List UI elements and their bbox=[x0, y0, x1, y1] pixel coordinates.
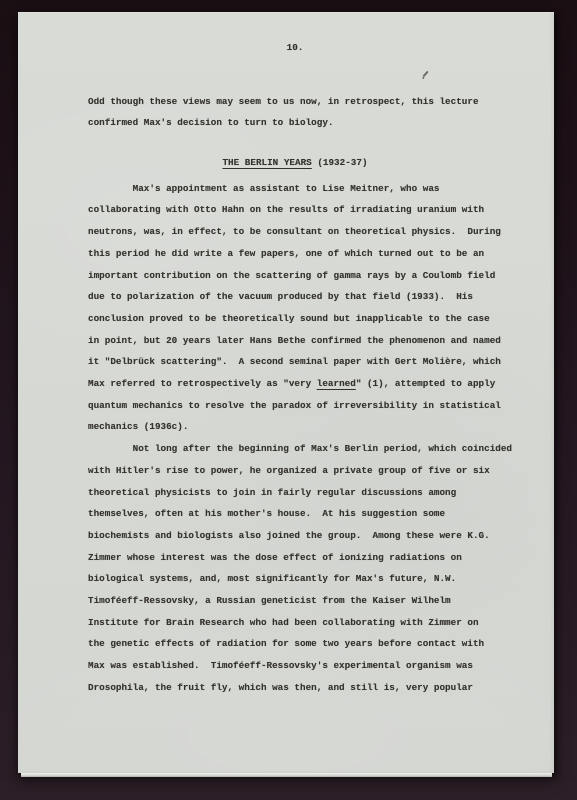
paragraph: Odd though these views may seem to us no… bbox=[88, 91, 502, 134]
page-number: 10. bbox=[88, 37, 502, 59]
text-line: biological systems, and, most significan… bbox=[88, 568, 502, 590]
document-page: 10. Odd though these views may seem to u… bbox=[18, 12, 554, 773]
text-segment: Institute for Brain Research who had bee… bbox=[88, 617, 479, 628]
text-line: collaborating with Otto Hahn on the resu… bbox=[88, 199, 502, 221]
text-line: due to polarization of the vacuum produc… bbox=[88, 286, 502, 308]
text-line: quantum mechanics to resolve the paradox… bbox=[88, 395, 502, 417]
text-line: biochemists and biologists also joined t… bbox=[88, 525, 502, 547]
text-segment: with Hitler's rise to power, he organize… bbox=[88, 465, 490, 476]
text-line: THE BERLIN YEARS (1932-37) bbox=[88, 152, 502, 174]
text-segment: the genetic effects of radiation for som… bbox=[88, 638, 484, 649]
text-segment: confirmed Max's decision to turn to biol… bbox=[88, 117, 333, 128]
text-line: conclusion proved to be theoretically so… bbox=[88, 308, 502, 330]
scan-background: { "colors": { "background_top": "#1a0f13… bbox=[0, 0, 577, 800]
text-segment: Timoféeff-Ressovsky, a Russian geneticis… bbox=[88, 595, 451, 606]
text-line: themselves, often at his mother's house.… bbox=[88, 503, 502, 525]
text-line: it "Delbrück scattering". A second semin… bbox=[88, 351, 502, 373]
text-segment: in point, but 20 years later Hans Bethe … bbox=[88, 335, 501, 346]
text-line: with Hitler's rise to power, he organize… bbox=[88, 460, 502, 482]
text-segment: biological systems, and, most significan… bbox=[88, 573, 456, 584]
text-line: mechanics (1936c). bbox=[88, 416, 502, 438]
text-line: theoretical physicists to join in fairly… bbox=[88, 482, 502, 504]
text-line: neutrons, was, in effect, to be consulta… bbox=[88, 221, 502, 243]
text-segment: " (1), attempted to apply bbox=[356, 378, 495, 389]
text-segment: Drosophila, the fruit fly, which was the… bbox=[88, 682, 473, 693]
text-line: this period he did write a few papers, o… bbox=[88, 243, 502, 265]
text-segment: important contribution on the scattering… bbox=[88, 270, 495, 281]
text-line: Zimmer whose interest was the dose effec… bbox=[88, 547, 502, 569]
text-line: Max's appointment as assistant to Lise M… bbox=[88, 178, 502, 200]
text-segment: Max was established. Timoféeff-Ressovsky… bbox=[88, 660, 473, 671]
text-segment: Zimmer whose interest was the dose effec… bbox=[88, 552, 462, 563]
underlined-text: learned bbox=[317, 378, 356, 389]
text-segment: Max referred to retrospectively as "very bbox=[88, 378, 317, 389]
text-line: confirmed Max's decision to turn to biol… bbox=[88, 112, 502, 134]
text-segment: theoretical physicists to join in fairly… bbox=[88, 487, 456, 498]
text-segment: collaborating with Otto Hahn on the resu… bbox=[88, 204, 484, 215]
text-segment: quantum mechanics to resolve the paradox… bbox=[88, 400, 501, 411]
text-segment: themselves, often at his mother's house.… bbox=[88, 508, 445, 519]
underlined-text: THE BERLIN YEARS bbox=[222, 157, 311, 168]
text-segment: this period he did write a few papers, o… bbox=[88, 248, 484, 259]
text-segment: Not long after the beginning of Max's Be… bbox=[88, 443, 512, 454]
text-line: Max was established. Timoféeff-Ressovsky… bbox=[88, 655, 502, 677]
text-segment: biochemists and biologists also joined t… bbox=[88, 530, 490, 541]
text-line: Institute for Brain Research who had bee… bbox=[88, 612, 502, 634]
text-segment: Odd though these views may seem to us no… bbox=[88, 96, 479, 107]
text-line: Not long after the beginning of Max's Be… bbox=[88, 438, 502, 460]
typed-text: 10. Odd though these views may seem to u… bbox=[88, 12, 502, 773]
text-segment: (1932-37) bbox=[312, 157, 368, 168]
text-segment: Max's appointment as assistant to Lise M… bbox=[88, 183, 439, 194]
text-line: the genetic effects of radiation for som… bbox=[88, 633, 502, 655]
text-line: in point, but 20 years later Hans Bethe … bbox=[88, 330, 502, 352]
text-segment: mechanics (1936c). bbox=[88, 421, 188, 432]
paragraph: Not long after the beginning of Max's Be… bbox=[88, 438, 502, 698]
section-heading: THE BERLIN YEARS (1932-37) bbox=[88, 152, 502, 174]
text-segment: conclusion proved to be theoretically so… bbox=[88, 313, 490, 324]
text-line: Drosophila, the fruit fly, which was the… bbox=[88, 677, 502, 699]
text-line: Odd though these views may seem to us no… bbox=[88, 91, 502, 113]
paragraph: Max's appointment as assistant to Lise M… bbox=[88, 178, 502, 438]
text-line: Max referred to retrospectively as "very… bbox=[88, 373, 502, 395]
text-segment: neutrons, was, in effect, to be consulta… bbox=[88, 226, 501, 237]
text-line: Timoféeff-Ressovsky, a Russian geneticis… bbox=[88, 590, 502, 612]
text-segment: it "Delbrück scattering". A second semin… bbox=[88, 356, 501, 367]
text-segment: due to polarization of the vacuum produc… bbox=[88, 291, 473, 302]
text-line: important contribution on the scattering… bbox=[88, 265, 502, 287]
